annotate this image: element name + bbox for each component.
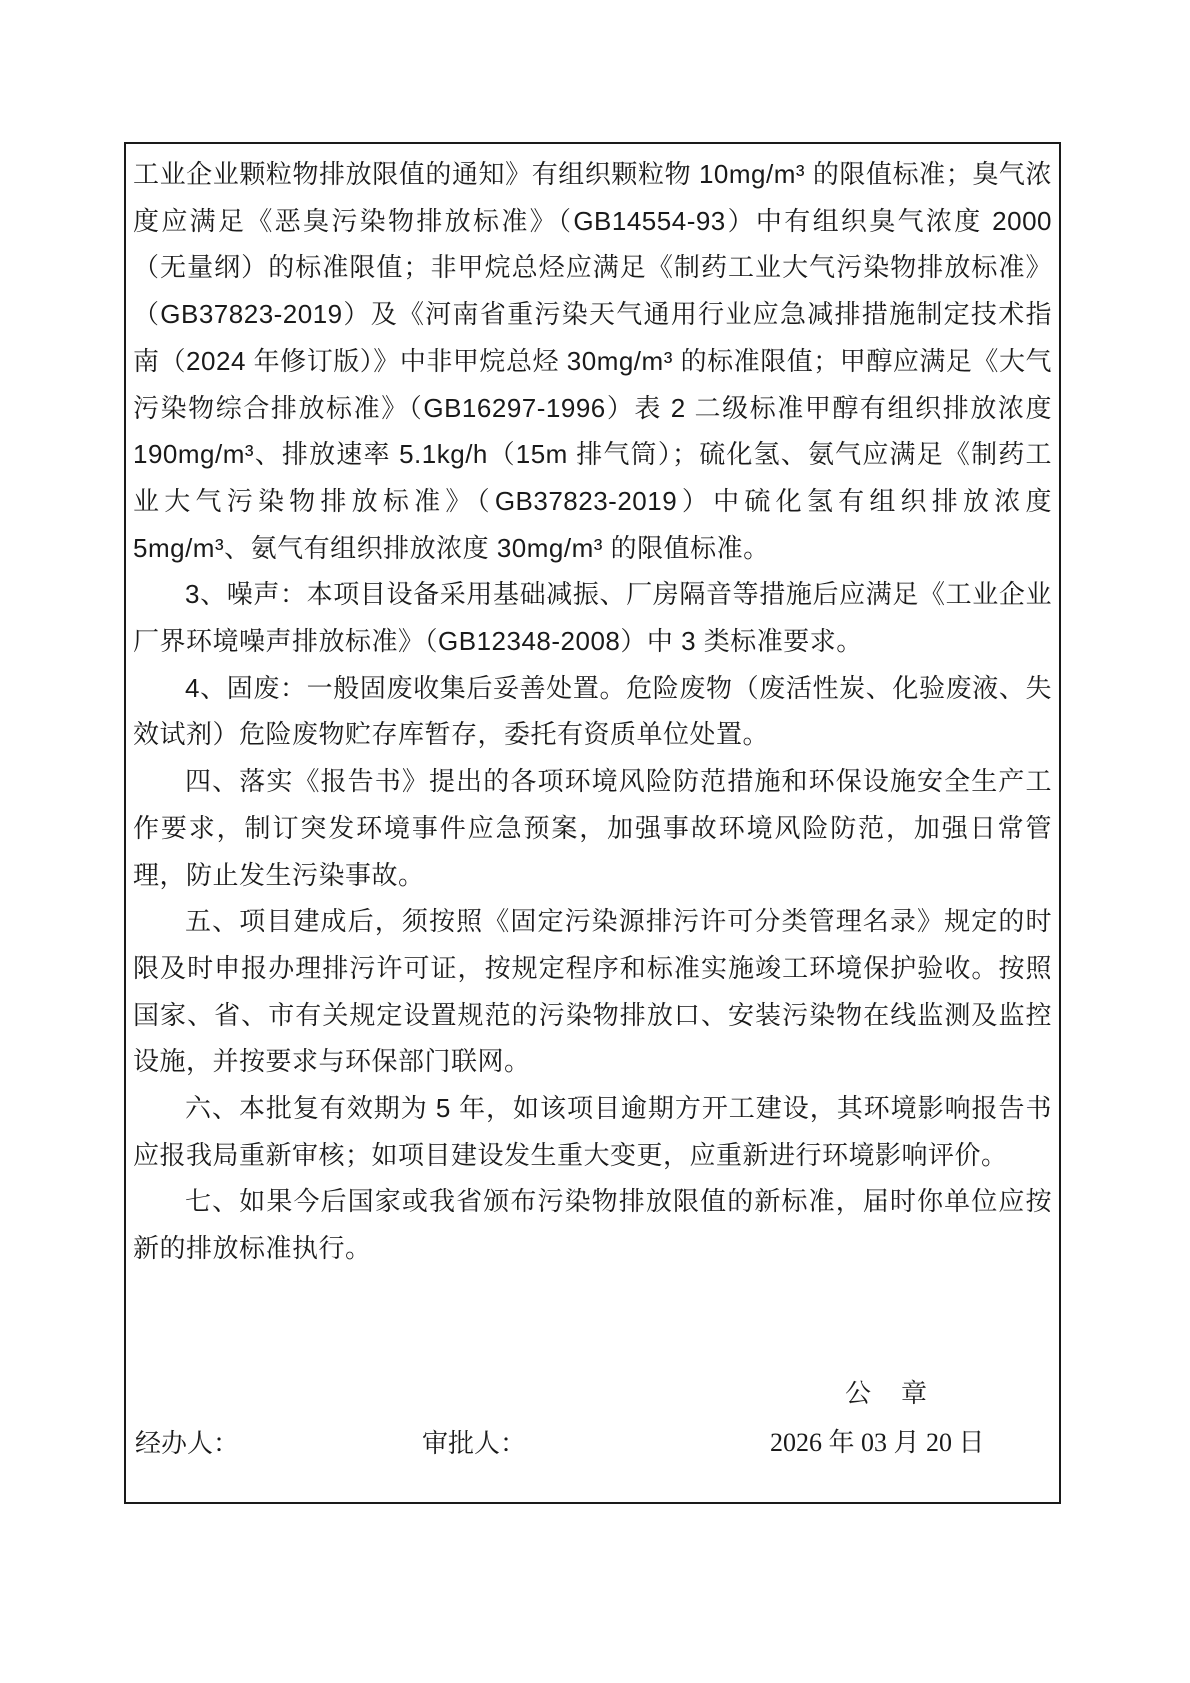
official-stamp-label: 公 章 [126,1370,1059,1417]
paragraph-noise: 3、噪声：本项目设备采用基础减振、厂房隔音等措施后应满足《工业企业厂界环境噪声排… [133,571,1052,664]
paragraph-emission-standards: 工业企业颗粒物排放限值的通知》有组织颗粒物 10mg/m³ 的限值标准；臭气浓度… [133,151,1052,571]
signature-row: 经办人： 审批人： 2026 年 03 月 20 日 [126,1420,1059,1467]
paragraph-solid-waste: 4、固废：一般固废收集后妥善处置。危险废物（废活性炭、化验废液、失效试剂）危险废… [133,665,1052,758]
paragraph-new-standards: 七、如果今后国家或我省颁布污染物排放限值的新标准，届时你单位应按新的排放标准执行… [133,1178,1052,1271]
document-body: 工业企业颗粒物排放限值的通知》有组织颗粒物 10mg/m³ 的限值标准；臭气浓度… [126,144,1059,1272]
paragraph-validity-period: 六、本批复有效期为 5 年，如该项目逾期方开工建设，其环境影响报告书应报我局重新… [133,1085,1052,1178]
document-page: 工业企业颗粒物排放限值的通知》有组织颗粒物 10mg/m³ 的限值标准；臭气浓度… [0,0,1190,1683]
approver-label: 审批人： [422,1420,526,1467]
approval-date: 2026 年 03 月 20 日 [770,1420,985,1467]
handler-label: 经办人： [135,1420,239,1467]
document-border-frame: 工业企业颗粒物排放限值的通知》有组织颗粒物 10mg/m³ 的限值标准；臭气浓度… [124,142,1061,1504]
paragraph-permit-acceptance: 五、项目建成后，须按照《固定污染源排污许可分类管理名录》规定的时限及时申报办理排… [133,898,1052,1085]
paragraph-risk-prevention: 四、落实《报告书》提出的各项环境风险防范措施和环保设施安全生产工作要求，制订突发… [133,758,1052,898]
